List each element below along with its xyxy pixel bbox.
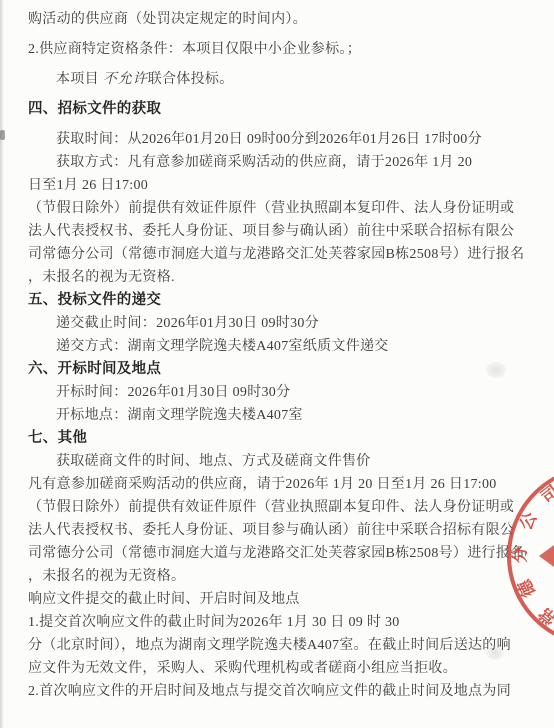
text-line: 2.首次响应文件的开启时间及地点与提交首次响应文件的截止时间及地点为同 (28, 680, 550, 703)
section-heading: 四、招标文件的获取 (28, 98, 550, 121)
text-line: 购活动的供应商（处罚决定规定的时间内）。 (28, 8, 550, 31)
text-line: 递交方式：湖南文理学院逸夫楼A407室纸质文件递交 (28, 335, 550, 358)
emphasized-text: 不允许 (103, 72, 148, 87)
text-line: 日至1月 26 日17:00 (28, 174, 550, 197)
text-line: 递交截止时间：2026年01月30日 09时30分 (28, 312, 550, 335)
text-line: 响应文件提交的截止时间、开启时间及地点 (28, 588, 550, 611)
text-line: 法人代表授权书、委托人身份证、项目参与确认函）前往中采联合招标有限公 (28, 220, 550, 243)
text-segment: 本项目 (56, 72, 103, 87)
text-line: 法人代表授权书、委托人身份证、项目参与确认函）前往中采联合招标有限公 (28, 519, 550, 542)
text-segment: 联合体投标。 (148, 72, 234, 87)
text-line: （节假日除外）前提供有效证件原件（营业执照副本复印件、法人身份证明或 (28, 197, 550, 220)
document-body: 购活动的供应商（处罚决定规定的时间内）。2.供应商特定资格条件：本项目仅限中小企… (28, 8, 550, 703)
text-line: 应文件为无效文件，采购人、采购代理机构或者磋商小组应当拒收。 (28, 657, 550, 680)
text-line: 获取时间：从2026年01月20日 09时00分到2026年01月26日 17时… (28, 128, 550, 151)
section-heading: 七、其他 (28, 427, 550, 450)
text-line: 分（北京时间），地点为湖南文理学院逸夫楼A407室。在截止时间后送达的响 (28, 634, 550, 657)
section-heading: 六、开标时间及地点 (28, 358, 550, 381)
text-line: 获取方式：凡有意参加磋商采购活动的供应商，请于2026年 1月 20 (28, 151, 550, 174)
text-line: 本项目 不允许联合体投标。 (28, 68, 550, 91)
text-line: 1.提交首次响应文件的截止时间为2026年 1月 30 日 09 时 30 (28, 611, 550, 634)
text-line: 开标地点：湖南文理学院逸夫楼A407室 (28, 404, 550, 427)
scan-noise-speck (0, 130, 5, 140)
text-line: 获取磋商文件的时间、地点、方式及磋商文件售价 (28, 450, 550, 473)
scanned-document-page: 购活动的供应商（处罚决定规定的时间内）。2.供应商特定资格条件：本项目仅限中小企… (0, 0, 554, 728)
text-line: （节假日除外）前提供有效证件原件（营业执照副本复印件、法人身份证明或 (28, 496, 550, 519)
text-line: 凡有意参加磋商采购活动的供应商，请于2026年 1月 20 日至1月 26 日1… (28, 473, 550, 496)
text-line: ，未报名的视为无资格。 (28, 565, 550, 588)
text-line: ，未报名的视为无资格. (28, 266, 550, 289)
text-line: 2.供应商特定资格条件：本项目仅限中小企业参标。； (28, 38, 550, 61)
text-line: 司常德分公司（常德市洞庭大道与龙港路交汇处芙蓉家园B栋2508号）进行报名 (28, 243, 550, 266)
text-line: 开标时间：2026年01月30日 09时30分 (28, 381, 550, 404)
text-line: 司常德分公司（常德市洞庭大道与龙港路交汇处芙蓉家园B栋2508号）进行报名 (28, 542, 550, 565)
scan-edge-shadow (0, 0, 4, 728)
section-heading: 五、投标文件的递交 (28, 289, 550, 312)
